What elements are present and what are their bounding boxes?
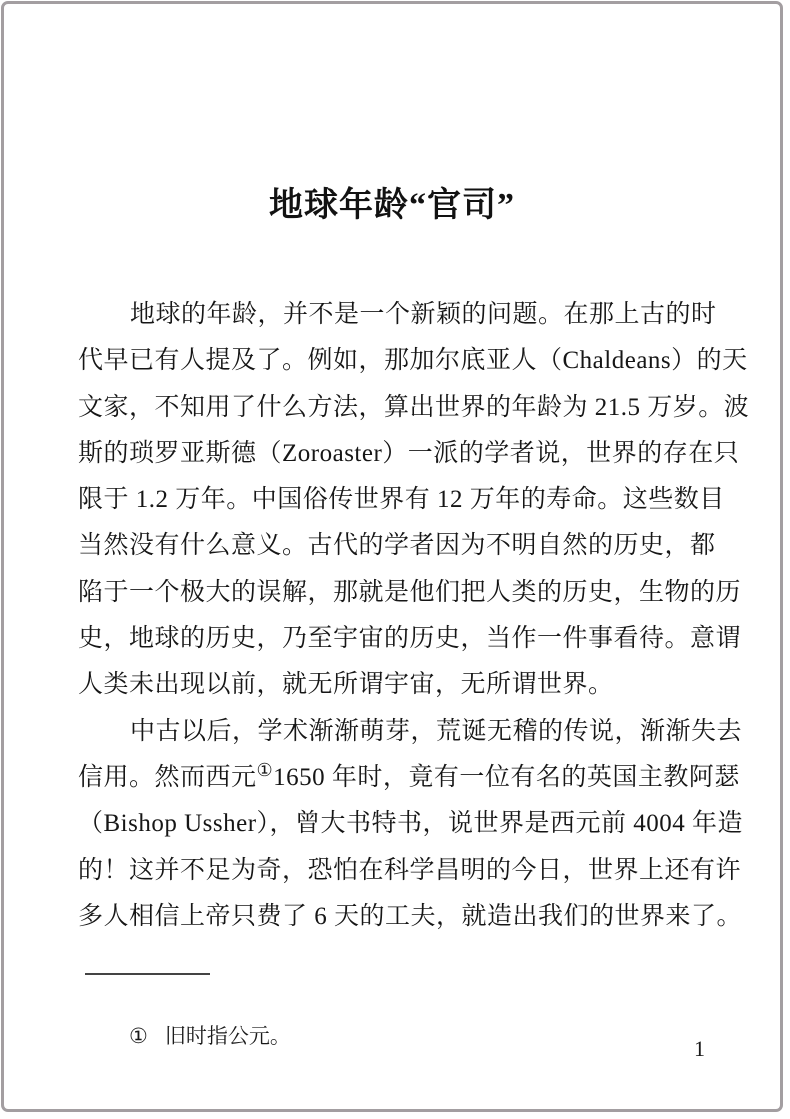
body-line-text: 代早已有人提及了。例如，那加尔底亚人（Chaldeans）的天 — [78, 347, 748, 374]
body-line-text: 信用。然而西元 — [78, 764, 257, 791]
page-title: 地球年龄“官司” — [4, 184, 780, 228]
body-text: 地球的年龄，并不是一个新颖的问题。在那上古的时代早已有人提及了。例如，那加尔底亚… — [78, 292, 726, 940]
body-line-text: 的！这并不足为奇，恐怕在科学昌明的今日，世界上还有许 — [78, 857, 741, 884]
body-line: 多人相信上帝只费了 6 天的工夫，就造出我们的世界来了。 — [78, 894, 726, 940]
body-line-text: 当然没有什么意义。古代的学者因为不明自然的历史，都 — [78, 532, 716, 559]
body-line: 信用。然而西元①1650 年时，竟有一位有名的英国主教阿瑟 — [78, 755, 726, 801]
body-line-text: 1650 年时，竟有一位有名的英国主教阿瑟 — [273, 764, 740, 791]
body-line: 史，地球的历史，乃至宇宙的历史，当作一件事看待。意谓 — [78, 616, 726, 662]
body-line-text: 史，地球的历史，乃至宇宙的历史，当作一件事看待。意谓 — [78, 625, 741, 652]
body-line-text: 文家，不知用了什么方法，算出世界的年龄为 21.5 万岁。波 — [78, 394, 749, 421]
page-number: 1 — [694, 1036, 705, 1062]
body-line: 地球的年龄，并不是一个新颖的问题。在那上古的时 — [78, 292, 726, 338]
body-line-text: 人类未出现以前，就无所谓宇宙，无所谓世界。 — [78, 671, 614, 698]
body-line-text: 多人相信上帝只费了 6 天的工夫，就造出我们的世界来了。 — [78, 903, 742, 930]
body-line-text: （Bishop Ussher），曾大书特书，说世界是西元前 4004 年造 — [78, 810, 743, 837]
body-line-text: 限于 1.2 万年。中国俗传世界有 12 万年的寿命。这些数目 — [78, 486, 725, 513]
body-line: 中古以后，学术渐渐萌芽，荒诞无稽的传说，渐渐失去 — [78, 709, 726, 755]
body-line: 斯的琐罗亚斯德（Zoroaster）一派的学者说，世界的存在只 — [78, 431, 726, 477]
body-line-text: 地球的年龄，并不是一个新颖的问题。在那上古的时 — [130, 301, 717, 328]
footnote-separator — [85, 973, 210, 975]
footnote: ①旧时指公元。 — [78, 988, 291, 1084]
body-line: 文家，不知用了什么方法，算出世界的年龄为 21.5 万岁。波 — [78, 385, 726, 431]
body-line: （Bishop Ussher），曾大书特书，说世界是西元前 4004 年造 — [78, 801, 726, 847]
body-line: 代早已有人提及了。例如，那加尔底亚人（Chaldeans）的天 — [78, 338, 726, 384]
body-line-text: 斯的琐罗亚斯德（Zoroaster）一派的学者说，世界的存在只 — [78, 440, 739, 467]
body-line: 当然没有什么意义。古代的学者因为不明自然的历史，都 — [78, 523, 726, 569]
footnote-reference-superscript: ① — [257, 760, 274, 780]
body-line: 人类未出现以前，就无所谓宇宙，无所谓世界。 — [78, 662, 726, 708]
body-line: 的！这并不足为奇，恐怕在科学昌明的今日，世界上还有许 — [78, 848, 726, 894]
body-line: 陷于一个极大的误解，那就是他们把人类的历史，生物的历 — [78, 570, 726, 616]
footnote-marker: ① — [129, 1024, 148, 1048]
body-line: 限于 1.2 万年。中国俗传世界有 12 万年的寿命。这些数目 — [78, 477, 726, 523]
body-line-text: 中古以后，学术渐渐萌芽，荒诞无稽的传说，渐渐失去 — [130, 718, 742, 745]
footnote-text: 旧时指公元。 — [165, 1024, 291, 1048]
book-page: 地球年龄“官司” 地球的年龄，并不是一个新颖的问题。在那上古的时代早已有人提及了… — [1, 1, 783, 1112]
body-line-text: 陷于一个极大的误解，那就是他们把人类的历史，生物的历 — [78, 579, 741, 606]
